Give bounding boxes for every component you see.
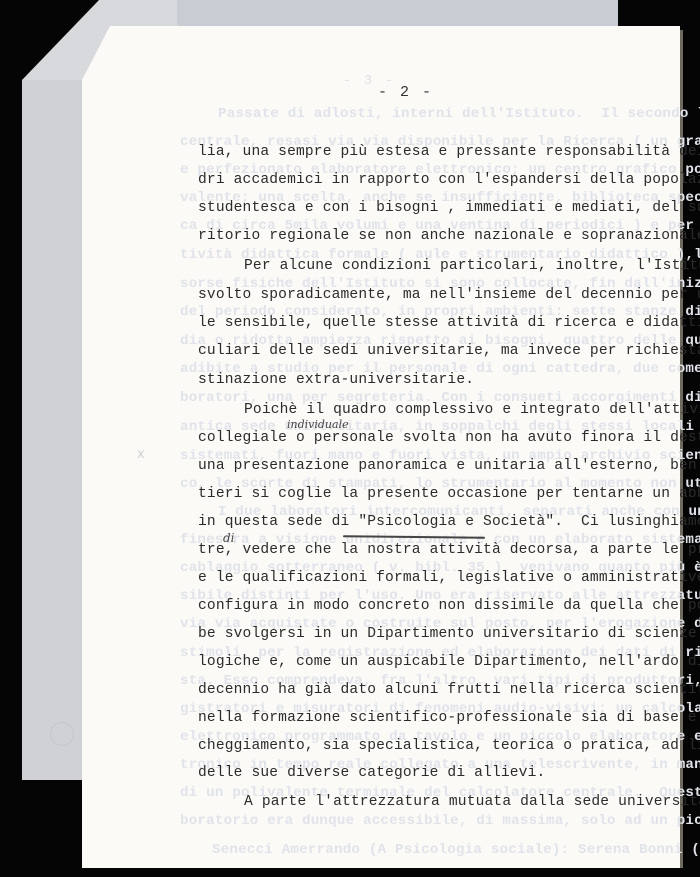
bleed-line: boratorio era dunque accessibile, di mas… — [180, 813, 700, 829]
stamp-mark — [50, 722, 74, 746]
text-line: collegiale o personale svolta non ha avu… — [198, 430, 700, 446]
text-line: culiari delle sedi universitarie, ma inv… — [198, 343, 700, 359]
text-line: Per alcune condizioni particolari, inolt… — [244, 258, 700, 274]
text-line: tieri si coglie la presente occasione pe… — [198, 486, 700, 502]
text-line: e le qualificazioni formali, legislative… — [198, 570, 700, 586]
page-number: - 2 - — [378, 84, 433, 101]
text-line: decennio ha già dato alcuni frutti nella… — [198, 682, 700, 698]
handwritten-insertion: di — [223, 531, 235, 545]
text-line: una presentazione panoramica e unitaria … — [198, 458, 700, 474]
handwritten-insertion: individuale — [287, 418, 349, 431]
text-line: studentesca e con i bisogni , immediati … — [198, 200, 700, 216]
folder-flap-shade — [22, 80, 82, 780]
bleed-line: Senecci Amerrando (A Psicologia sociale)… — [212, 842, 700, 858]
text-line: logiche e, come un auspicabile Dipartime… — [198, 654, 700, 670]
bleed-line: Passate di adlosti, interni dell'Istitut… — [218, 106, 700, 122]
text-line: svolto sporadicamente, ma nell'insieme d… — [198, 287, 700, 303]
text-line: lia, una sempre più estesa e pressante r… — [198, 144, 700, 160]
text-line: delle sue diverse categorie di allievi. — [198, 765, 545, 781]
text-line: be svolgersi in un Dipartimento universi… — [198, 626, 700, 642]
text-line: stinazione extra-universitarie. — [198, 372, 474, 388]
text-line: in questa sede di "Psicologia e Società"… — [198, 514, 700, 530]
text-line: le sensibile, quelle stesse attività di … — [198, 315, 700, 331]
text-line: Poichè il quadro complessivo e integrato… — [244, 402, 700, 418]
text-line: configura in modo concreto non dissimile… — [198, 598, 700, 614]
text-line: ritorio regionale se non anche nazionale… — [198, 228, 700, 244]
margin-x-mark: x — [137, 447, 145, 462]
text-line: A parte l'attrezzatura mutuata dalla sed… — [244, 794, 700, 810]
text-line: dri accademici in rapporto con l'espande… — [198, 172, 700, 188]
text-line: nella formazione scientifico-professiona… — [198, 710, 700, 726]
text-line: cheggiamento, sia specialistica, teorica… — [198, 738, 700, 754]
text-line: tre, vedere che la nostra attività decor… — [198, 542, 700, 558]
